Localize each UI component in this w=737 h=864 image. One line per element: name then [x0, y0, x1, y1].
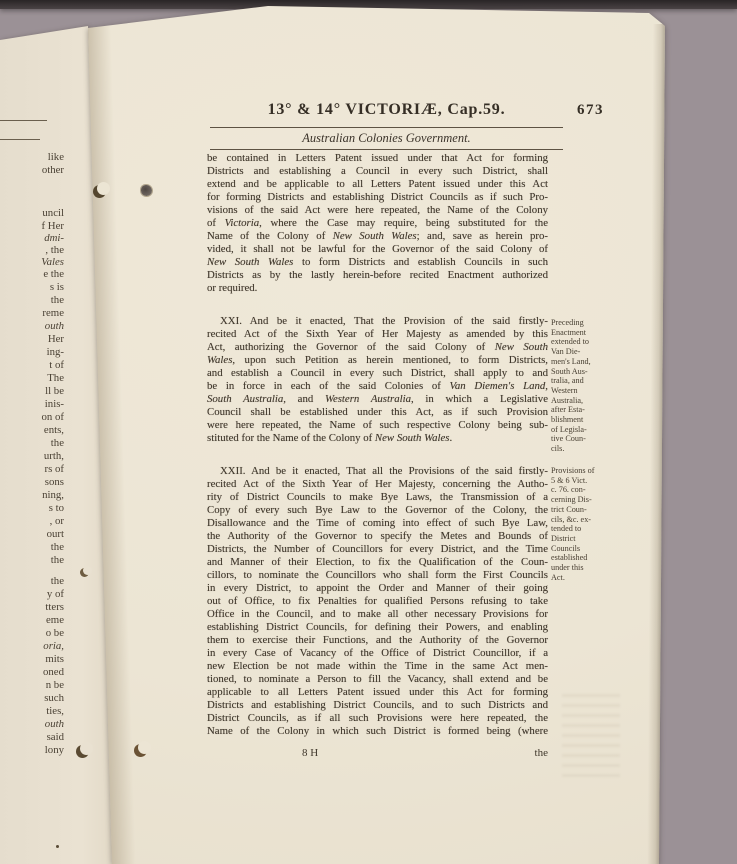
margin-note-line: after Esta- [551, 405, 613, 415]
text-line: District Councils, as if all such Provis… [207, 712, 548, 725]
page-number: 673 [577, 102, 604, 119]
running-title: 13° & 14° VICTORIÆ, Cap.59. [210, 101, 563, 119]
text-line: for forming Districts and establishing D… [207, 191, 548, 204]
margin-note-line: men's Land, [551, 357, 613, 367]
text-line: XXI. And be it enacted, That the Provisi… [207, 315, 548, 328]
margin-note-line: under this [551, 563, 613, 573]
margin-note-line: 5 & 6 Vict. [551, 476, 613, 486]
text-line: XXII. And be it enacted, That all the Pr… [207, 465, 548, 478]
margin-note-line: Australia, [551, 396, 613, 406]
margin-note-line: cils, &c. ex- [551, 515, 613, 525]
margin-note-line: extended to [551, 337, 613, 347]
text-line: vided, it shall not be lawful for the Go… [207, 243, 548, 256]
margin-note-line: tive Coun- [551, 434, 613, 444]
text-line: Act, authorizing the Governor of the sai… [207, 341, 548, 354]
show-through-text [562, 694, 620, 784]
text-line: or required. [207, 282, 548, 295]
text-line: out of Office, to fix Penalties for qual… [207, 595, 548, 608]
paragraph-section-xxi: XXI. And be it enacted, That the Provisi… [207, 315, 548, 445]
margin-note-line: of Legisla- [551, 425, 613, 435]
text-line: recited Act of the Sixth Year of Her Maj… [207, 478, 548, 491]
text-line: tioned, to nominate a Person to fill the… [207, 673, 548, 686]
text-line: establishing District Councils, for defi… [207, 621, 548, 634]
header-rule-bottom [210, 149, 563, 150]
margin-note-line: tralia, and [551, 376, 613, 386]
margin-note-line: c. 76. con- [551, 485, 613, 495]
section-title: Australian Colonies Government. [210, 131, 563, 146]
text-line: Districts, the Number of Councillors for… [207, 543, 548, 556]
text-line: of Victoria, where the Case may require,… [207, 217, 548, 230]
catchword: the [207, 747, 548, 759]
text-line: the Authority of the Governor to specify… [207, 530, 548, 543]
text-line: in every Case of Vacancy of the Office o… [207, 647, 548, 660]
margin-note-line: established [551, 553, 613, 563]
text-line: Copy of every such Bye Law to the Govern… [207, 504, 548, 517]
margin-note-line: Act. [551, 573, 613, 583]
margin-note-line: Van Die- [551, 347, 613, 357]
document-page-wrap: 13° & 14° VICTORIÆ, Cap.59. 673 Australi… [0, 0, 737, 864]
margin-note-line: blishment [551, 415, 613, 425]
header-rule-top [210, 127, 563, 128]
margin-note-line: cils. [551, 444, 613, 454]
text-line: cillors, to nominate the Councillors who… [207, 569, 548, 582]
text-line: extend and be applicable to all Letters … [207, 178, 548, 191]
margin-note-line: tended to [551, 524, 613, 534]
margin-note-line: Enactment [551, 328, 613, 338]
text-line: in every District, to appoint the Order … [207, 582, 548, 595]
text-line: Districts and establishing District Coun… [207, 699, 548, 712]
document-page: 13° & 14° VICTORIÆ, Cap.59. 673 Australi… [0, 0, 737, 864]
margin-note-line: District [551, 534, 613, 544]
text-line: Name of the Colony in which such Distric… [207, 725, 548, 738]
text-line: and establish a Council in every such Di… [207, 367, 548, 380]
text-line: be in force in each of the said Colonies… [207, 380, 548, 393]
text-line: Districts and establishing a Council in … [207, 165, 548, 178]
margin-note-xxii: Provisions of5 & 6 Vict.c. 76. con-cerni… [551, 466, 613, 582]
paragraph-section-xxii: XXII. And be it enacted, That all the Pr… [207, 465, 548, 738]
margin-note-line: trict Coun- [551, 505, 613, 515]
text-line: South Australia, and Western Australia, … [207, 393, 548, 406]
margin-note-line: Provisions of [551, 466, 613, 476]
text-line: New South Wales to form Districts and es… [207, 256, 548, 269]
text-line: be contained in Letters Patent issued un… [207, 152, 548, 165]
margin-note-line: cerning Dis- [551, 495, 613, 505]
text-line: stituted for the Name of the Colony of N… [207, 432, 548, 445]
text-line: Districts as by the lastly herein-before… [207, 269, 548, 282]
body-text: be contained in Letters Patent issued un… [207, 152, 548, 738]
text-line: Council shall be established under this … [207, 406, 548, 419]
text-line: and Manner of their Election, to fix the… [207, 556, 548, 569]
paragraph-continuation: be contained in Letters Patent issued un… [207, 152, 548, 295]
text-line: applicable to all Letters Patent issued … [207, 686, 548, 699]
margin-note-xxi: PrecedingEnactmentextended toVan Die-men… [551, 318, 613, 454]
text-line: recited Act of the Sixth Year of Her Maj… [207, 328, 548, 341]
margin-note-line: Preceding [551, 318, 613, 328]
text-line: Office in the Council, and to make all o… [207, 608, 548, 621]
text-line: visions of the said Act were here repeat… [207, 204, 548, 217]
margin-note-line: Councils [551, 544, 613, 554]
page-right-edge-shadow [643, 24, 665, 864]
text-line: were here repeated, the Name of such res… [207, 419, 548, 432]
book-photo: likeotheruncilf Herdmi-, theValese thes … [0, 0, 737, 864]
binding-crease-shadow [87, 26, 146, 864]
text-line: Name of the Colony of New South Wales; a… [207, 230, 548, 243]
text-line: Disallowance and the Time of coming into… [207, 517, 548, 530]
margin-note-line: South Aus- [551, 367, 613, 377]
margin-note-line: Western [551, 386, 613, 396]
text-line: them to exercise their Functions, and th… [207, 634, 548, 647]
text-line: rity of District Councils to make Bye La… [207, 491, 548, 504]
text-line: Wales, upon such Petition as herein ment… [207, 354, 548, 367]
text-line: new Election be not made within the Time… [207, 660, 548, 673]
